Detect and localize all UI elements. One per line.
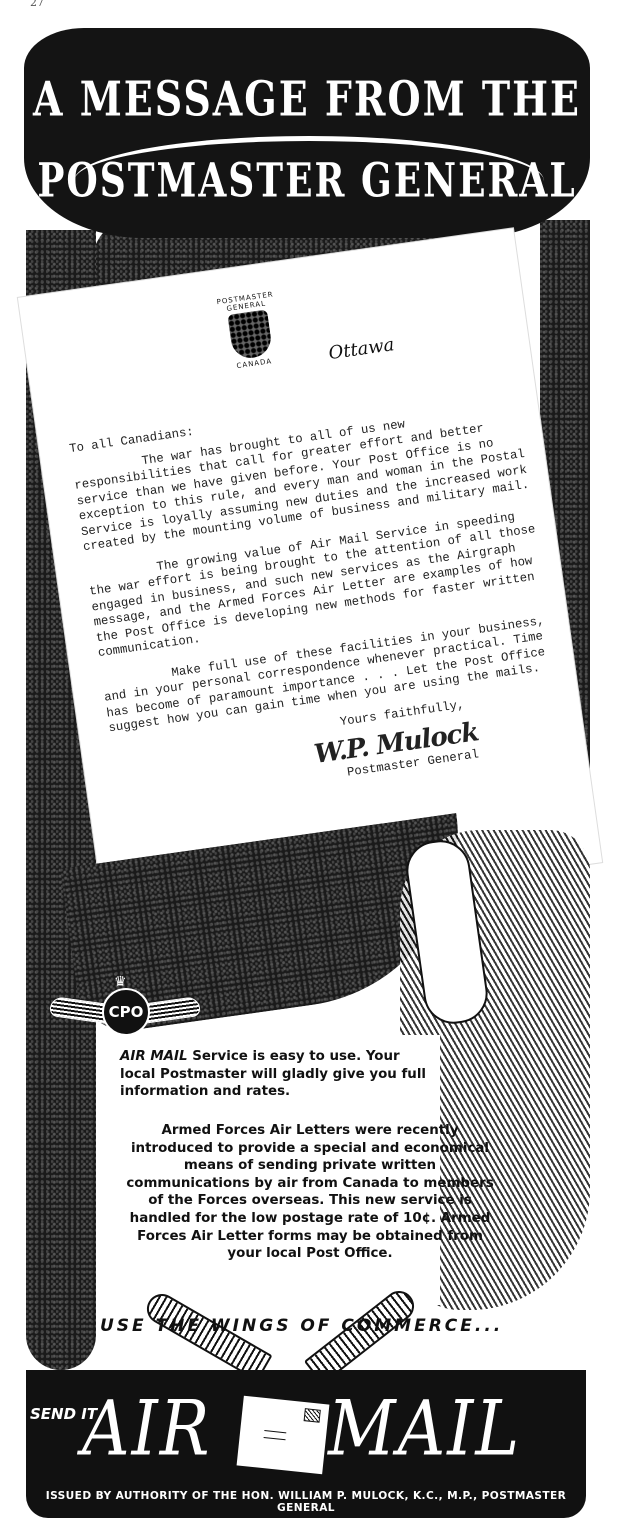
page-number: 27: [30, 0, 44, 9]
slogan: USE THE WINGS OF COMMERCE...: [100, 1316, 540, 1336]
letter-sheet: POSTMASTER GENERAL CANADA Ottawa To all …: [18, 228, 602, 931]
coat-of-arms-icon: [227, 309, 273, 360]
letter-body: To all Canadians: The war has brought to…: [68, 378, 576, 812]
stamp-icon: [304, 1408, 321, 1423]
issued-by-line: ISSUED BY AUTHORITY OF THE HON. WILLIAM …: [26, 1490, 586, 1514]
copy-emphasis: AIR MAIL: [120, 1049, 188, 1064]
letter-city: Ottawa: [327, 334, 395, 364]
copy-block-air-letters: Armed Forces Air Letters were recently i…: [120, 1122, 500, 1263]
banner-title-line2: POSTMASTER GENERAL: [24, 154, 590, 209]
crest-arc-text: POSTMASTER GENERAL: [210, 289, 282, 315]
header-banner: A MESSAGE FROM THE POSTMASTER GENERAL: [24, 28, 590, 238]
banner-title-line1: A MESSAGE FROM THE: [24, 70, 590, 126]
envelope-icon: [237, 1396, 330, 1475]
air-word: AIR: [82, 1384, 211, 1473]
cpo-winged-badge-icon: ♛ CPO: [50, 980, 200, 1040]
letterhead-crest: POSTMASTER GENERAL CANADA: [210, 289, 290, 372]
copy-block-airmail: AIR MAIL Service is easy to use. Your lo…: [120, 1048, 430, 1101]
address-lines: [264, 1430, 287, 1440]
badge-text: CPO: [102, 988, 150, 1036]
mail-word: MAIL: [328, 1384, 521, 1473]
